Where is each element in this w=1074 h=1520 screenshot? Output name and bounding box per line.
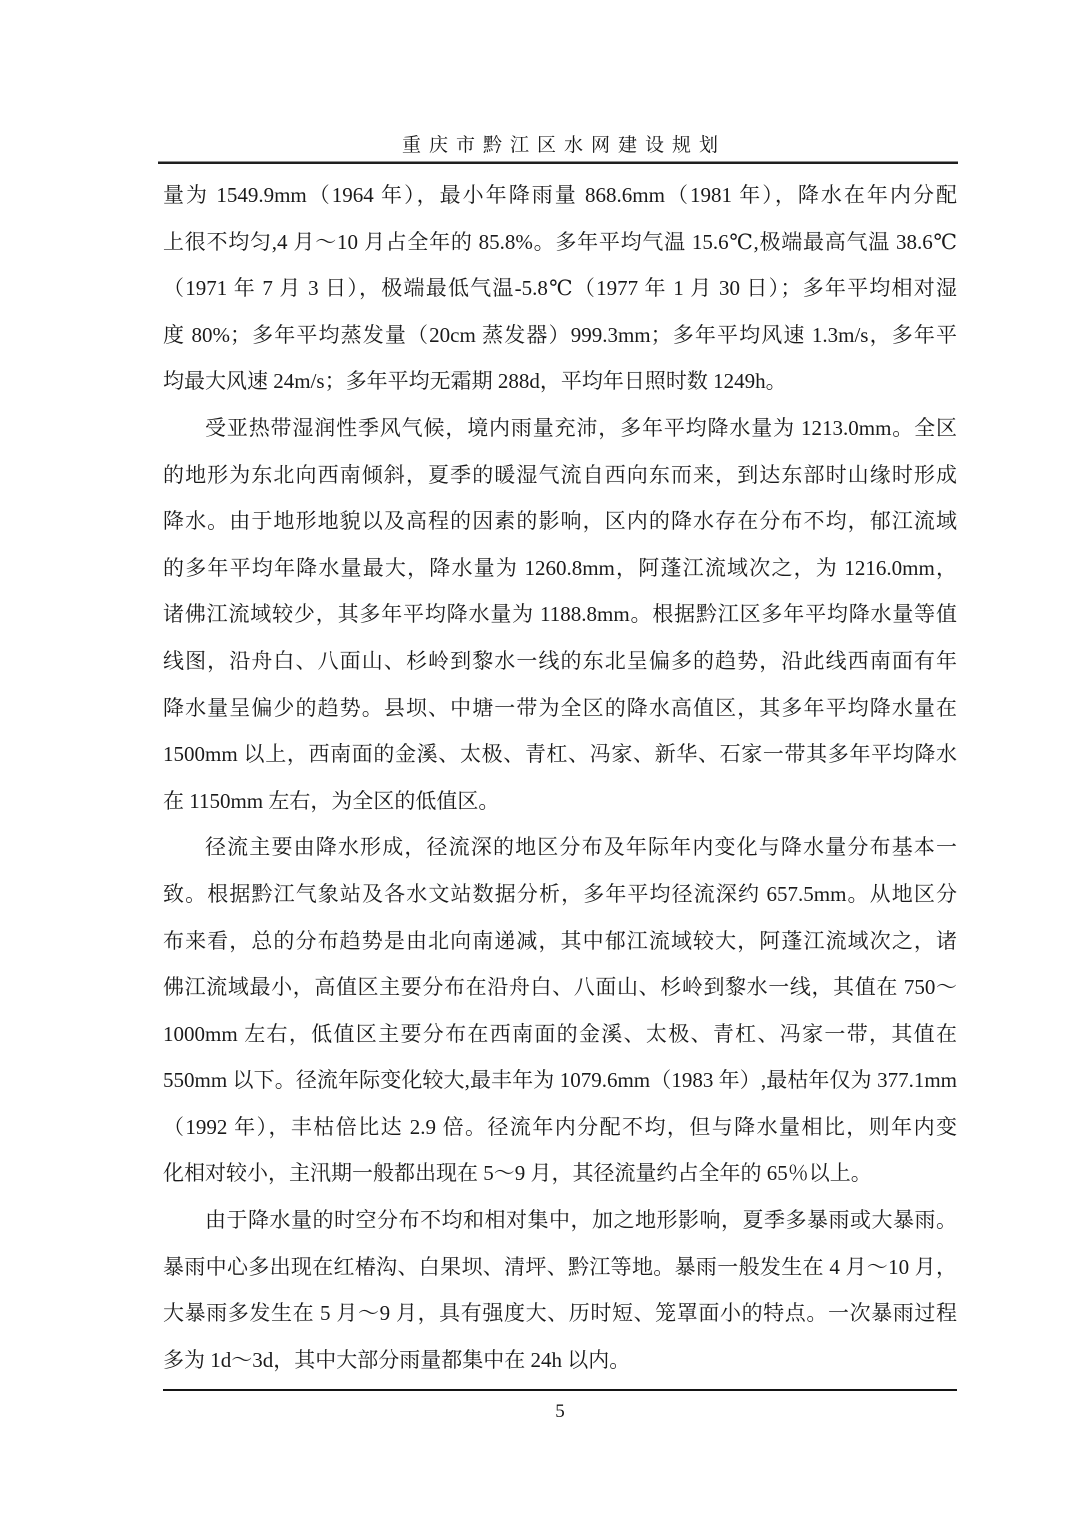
text-line: 由于降水量的时空分布不均和相对集中，加之地形影响，夏季多暴雨或大暴雨。 — [163, 1197, 957, 1244]
text-line: 径流主要由降水形成，径流深的地区分布及年际年内变化与降水量分布基本一 — [163, 824, 957, 871]
text-line: 致。根据黔江气象站及各水文站数据分析，多年平均径流深约 657.5mm。从地区分 — [163, 871, 957, 918]
text-line: 上很不均匀,4 月～10 月占全年的 85.8%。多年平均气温 15.6℃,极端… — [163, 219, 957, 266]
text-line: 在 1150mm 左右，为全区的低值区。 — [163, 778, 957, 825]
text-line: 化相对较小，主汛期一般都出现在 5～9 月，其径流量约占全年的 65％以上。 — [163, 1150, 957, 1197]
text-line: 的地形为东北向西南倾斜，夏季的暖湿气流自西向东而来，到达东部时山缘时形成 — [163, 452, 957, 499]
document-body: 量为 1549.9mm（1964 年），最小年降雨量 868.6mm（1981 … — [163, 172, 957, 1383]
text-line: 受亚热带湿润性季风气候，境内雨量充沛，多年平均降水量为 1213.0mm。全区 — [163, 405, 957, 452]
text-line: 线图，沿舟白、八面山、杉岭到黎水一线的东北呈偏多的趋势，沿此线西南面有年 — [163, 638, 957, 685]
footer-rule — [163, 1389, 957, 1391]
text-line: 降水。由于地形地貌以及高程的因素的影响，区内的降水存在分布不均，郁江流域 — [163, 498, 957, 545]
text-line: 多为 1d～3d，其中大部分雨量都集中在 24h 以内。 — [163, 1337, 957, 1384]
text-line: 降水量呈偏少的趋势。县坝、中塘一带为全区的降水高值区，其多年平均降水量在 — [163, 685, 957, 732]
text-line: 均最大风速 24m/s；多年平均无霜期 288d，平均年日照时数 1249h。 — [163, 358, 957, 405]
header-rule — [158, 161, 958, 164]
text-line: 的多年平均年降水量最大，降水量为 1260.8mm，阿蓬江流域次之，为 1216… — [163, 545, 957, 592]
header-title: 重庆市黔江区水网建设规划 — [163, 130, 957, 157]
text-line: 1000mm 左右，低值区主要分布在西南面的金溪、太极、青杠、冯家一带，其值在 — [163, 1011, 957, 1058]
text-line: 度 80%；多年平均蒸发量（20cm 蒸发器）999.3mm；多年平均风速 1.… — [163, 312, 957, 359]
text-line: 量为 1549.9mm（1964 年），最小年降雨量 868.6mm（1981 … — [163, 172, 957, 219]
text-line: 佛江流域最小，高值区主要分布在沿舟白、八面山、杉岭到黎水一线，其值在 750～ — [163, 964, 957, 1011]
text-line: （1992 年），丰枯倍比达 2.9 倍。径流年内分配不均，但与降水量相比，则年… — [163, 1104, 957, 1151]
text-line: 1500mm 以上，西南面的金溪、太极、青杠、冯家、新华、石家一带其多年平均降水 — [163, 731, 957, 778]
text-line: 550mm 以下。径流年际变化较大,最丰年为 1079.6mm（1983 年）,… — [163, 1057, 957, 1104]
text-line: 布来看，总的分布趋势是由北向南递减，其中郁江流域较大，阿蓬江流域次之，诸 — [163, 918, 957, 965]
text-line: 大暴雨多发生在 5 月～9 月，具有强度大、历时短、笼罩面小的特点。一次暴雨过程 — [163, 1290, 957, 1337]
text-line: （1971 年 7 月 3 日），极端最低气温-5.8℃（1977 年 1 月 … — [163, 265, 957, 312]
page-number: 5 — [163, 1398, 957, 1426]
document-page: 重庆市黔江区水网建设规划 量为 1549.9mm（1964 年），最小年降雨量 … — [0, 0, 1074, 1520]
text-line: 诸佛江流域较少，其多年平均降水量为 1188.8mm。根据黔江区多年平均降水量等… — [163, 591, 957, 638]
text-line: 暴雨中心多出现在红椿沟、白果坝、清坪、黔江等地。暴雨一般发生在 4 月～10 月… — [163, 1244, 957, 1291]
